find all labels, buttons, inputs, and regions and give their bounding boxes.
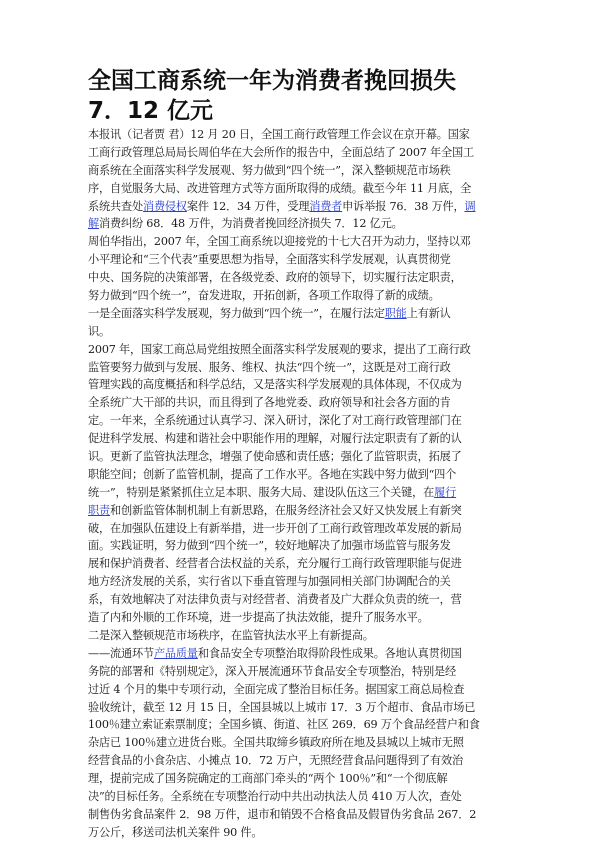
text-line: 理，提前完成了国务院确定的工商部门牵头的“两个 100％”和“一个彻底解: [88, 770, 518, 788]
text-span: 经营食品的小食杂店、小摊点 10．72 万户，无照经营食品问题得到了有效治: [88, 754, 463, 767]
text-span: 系，有效地解决了对法律负责与对经营者、消费者及广大群众负责的统一，营: [88, 593, 462, 606]
text-line: 二是深入整顿规范市场秩序，在监管执法水平上有新提高。: [88, 627, 518, 645]
text-span: 识。: [88, 325, 110, 338]
text-span: 识。更新了监管执法理念，增强了使命感和责任感；强化了监管职责，拓展了: [88, 450, 462, 463]
text-line: ——流通环节产品质量和食品安全专项整治取得阶段性成果。各地认真贯彻国: [88, 645, 518, 663]
article-title-line-1: 全国工商系统一年为消费者挽回损失: [88, 66, 518, 96]
text-line: 全系统广大干部的共识，而且得到了各地党委、政府领导和社会各方面的肯: [88, 394, 518, 412]
text-span: 面。实践证明，努力做到“四个统一”，较好地解决了加强市场监管与服务发: [88, 539, 451, 552]
text-line: 决”的目标任务。全系统在专项整治行动中共出动执法人员 410 万人次，查处: [88, 788, 518, 806]
text-span: 商系统在全面落实科学发展观、努力做到“四个统一”，深入整顿规范市场秩: [88, 164, 451, 177]
text-line: 监管要努力做到与发展、服务、维权、执法“四个统一”，这既是对工商行政: [88, 359, 518, 377]
text-line: 地方经济发展的关系，实行省以下垂直管理与加强同相关部门协调配合的关: [88, 573, 518, 591]
text-span: 案件 12．34 万件，受理: [187, 200, 309, 213]
text-line: 努力做到“四个统一”，奋发进取，开拓创新，各项工作取得了新的成绩。: [88, 287, 518, 305]
text-span: 制售伪劣食品案件 2．98 万件，退市和销毁不合格食品及假冒伪劣食品 267．2: [88, 808, 476, 821]
text-line: 展和保护消费者、经营者合法权益的关系，充分履行工商行政管理职能与促进: [88, 555, 518, 573]
text-line: 识。更新了监管执法理念，增强了使命感和责任感；强化了监管职责，拓展了: [88, 448, 518, 466]
text-line: 面。实践证明，努力做到“四个统一”，较好地解决了加强市场监管与服务发: [88, 537, 518, 555]
article-body: 本报讯（记者贾 君）12 月 20 日，全国工商行政管理工作会议在京开幕。国家工…: [88, 126, 518, 842]
text-line: 统一”，特别是紧紧抓住立足本职、服务大局、建设队伍这三个关键，在履行: [88, 484, 518, 502]
text-line: 系统共查处消费侵权案件 12．34 万件，受理消费者申诉举报 76．38 万件，…: [88, 198, 518, 216]
text-span: 二是深入整顿规范市场秩序，在监管执法水平上有新提高。: [88, 629, 374, 642]
text-span: 造了内和外顺的工作环境，进一步提高了执法效能，提升了服务水平。: [88, 611, 429, 624]
text-span: 杂店已 100％建立进货台账。全国共取缔乡镇政府所在地及县城以上城市无照: [88, 736, 464, 749]
keyword-link[interactable]: 履行: [434, 486, 456, 499]
keyword-link[interactable]: 消费侵权: [143, 200, 187, 213]
text-line: 经营食品的小食杂店、小摊点 10．72 万户，无照经营食品问题得到了有效治: [88, 752, 518, 770]
text-span: 周伯华指出，2007 年，全国工商系统以迎接党的十七大召开为动力，坚持以邓: [88, 235, 471, 248]
text-span: 100％建立索证索票制度；全国乡镇、街道、社区 269．69 万个食品经营户和食: [88, 718, 480, 731]
text-span: 小平理论和“三个代表”重要思想为指导，全面落实科学发展观，认真贯彻党: [88, 253, 451, 266]
text-line: 工商行政管理总局局长周伯华在大会所作的报告中，全面总结了 2007 年全国工: [88, 144, 518, 162]
keyword-link[interactable]: 解: [88, 217, 99, 230]
text-line: 职责和创新监管体制机制上有新思路，在服务经济社会又好又快发展上有新突: [88, 502, 518, 520]
text-span: 统一”，特别是紧紧抓住立足本职、服务大局、建设队伍这三个关键，在: [88, 486, 434, 499]
text-line: 序，自觉服务大局、改进管理方式等方面所取得的成绩。截至今年 11 月底，全: [88, 180, 518, 198]
text-line: 促进科学发展、构建和谐社会中职能作用的理解，对履行法定职责有了新的认: [88, 430, 518, 448]
text-span: 过近 4 个月的集中专项行动，全面完成了整治目标任务。据国家工商总局检查: [88, 683, 464, 696]
text-span: 理，提前完成了国务院确定的工商部门牵头的“两个 100％”和“一个彻底解: [88, 772, 447, 785]
text-line: 周伯华指出，2007 年，全国工商系统以迎接党的十七大召开为动力，坚持以邓: [88, 233, 518, 251]
text-span: 监管要努力做到与发展、服务、维权、执法“四个统一”，这既是对工商行政: [88, 361, 451, 374]
text-line: 系，有效地解决了对法律负责与对经营者、消费者及广大群众负责的统一，营: [88, 591, 518, 609]
keyword-link[interactable]: 产品质量: [154, 647, 198, 660]
text-line: 小平理论和“三个代表”重要思想为指导，全面落实科学发展观，认真贯彻党: [88, 251, 518, 269]
text-line: 万公斤，移送司法机关案件 90 件。: [88, 824, 518, 842]
text-line: 杂店已 100％建立进货台账。全国共取缔乡镇政府所在地及县城以上城市无照: [88, 734, 518, 752]
keyword-link[interactable]: 调: [464, 200, 475, 213]
text-span: 验收统计，截至 12 月 15 日，全国县城以上城市 17．3 万个超市、食品市…: [88, 701, 475, 714]
text-line: 职能空间；创新了监管机制，提高了工作水平。各地在实践中努力做到“四个: [88, 466, 518, 484]
text-line: 验收统计，截至 12 月 15 日，全国县城以上城市 17．3 万个超市、食品市…: [88, 699, 518, 717]
text-line: 过近 4 个月的集中专项行动，全面完成了整治目标任务。据国家工商总局检查: [88, 681, 518, 699]
keyword-link[interactable]: 消费者: [309, 200, 342, 213]
text-line: 识。: [88, 323, 518, 341]
keyword-link[interactable]: 职责: [88, 504, 110, 517]
text-span: 2007 年，国家工商总局党组按照全面落实科学发展观的要求，提出了工商行政: [88, 343, 471, 356]
text-line: 制售伪劣食品案件 2．98 万件，退市和销毁不合格食品及假冒伪劣食品 267．2: [88, 806, 518, 824]
text-span: 管理实践的高度概括和科学总结，又是落实科学发展观的具体体现，不仅成为: [88, 378, 462, 391]
text-span: 万公斤，移送司法机关案件 90 件。: [88, 826, 262, 839]
text-span: 一是全面落实科学发展观，努力做到“四个统一”，在履行法定: [88, 307, 385, 320]
text-span: ——流通环节: [88, 647, 154, 660]
text-span: 和食品安全专项整治取得阶段性成果。各地认真贯彻国: [198, 647, 462, 660]
text-span: 促进科学发展、构建和谐社会中职能作用的理解，对履行法定职责有了新的认: [88, 432, 462, 445]
text-line: 务院的部署和《特别规定》，深入开展流通环节食品安全专项整治，特别是经: [88, 663, 518, 681]
text-span: 工商行政管理总局局长周伯华在大会所作的报告中，全面总结了 2007 年全国工: [88, 146, 474, 159]
text-span: 本报讯（记者贾 君）12 月 20 日，全国工商行政管理工作会议在京开幕。国家: [88, 128, 470, 141]
text-line: 破，在加强队伍建设上有新举措，进一步开创了工商行政管理改革发展的新局: [88, 520, 518, 538]
text-line: 定。一年来，全系统通过认真学习、深入研讨，深化了对工商行政管理部门在: [88, 412, 518, 430]
text-span: 序，自觉服务大局、改进管理方式等方面所取得的成绩。截至今年 11 月底，全: [88, 182, 471, 195]
article-title: 全国工商系统一年为消费者挽回损失 7．12 亿元: [88, 66, 518, 126]
text-span: 系统共查处: [88, 200, 143, 213]
document-page: 全国工商系统一年为消费者挽回损失 7．12 亿元 本报讯（记者贾 君）12 月 …: [88, 66, 518, 842]
text-line: 一是全面落实科学发展观，努力做到“四个统一”，在履行法定职能上有新认: [88, 305, 518, 323]
text-span: 定。一年来，全系统通过认真学习、深入研讨，深化了对工商行政管理部门在: [88, 414, 462, 427]
text-line: 本报讯（记者贾 君）12 月 20 日，全国工商行政管理工作会议在京开幕。国家: [88, 126, 518, 144]
keyword-link[interactable]: 职能: [385, 307, 407, 320]
text-line: 商系统在全面落实科学发展观、努力做到“四个统一”，深入整顿规范市场秩: [88, 162, 518, 180]
text-line: 解消费纠纷 68．48 万件，为消费者挽回经济损失 7．12 亿元。: [88, 215, 518, 233]
text-span: 全系统广大干部的共识，而且得到了各地党委、政府领导和社会各方面的肯: [88, 396, 451, 409]
text-span: 和创新监管体制机制上有新思路，在服务经济社会又好又快发展上有新突: [110, 504, 462, 517]
text-span: 展和保护消费者、经营者合法权益的关系，充分履行工商行政管理职能与促进: [88, 557, 462, 570]
text-span: 地方经济发展的关系，实行省以下垂直管理与加强同相关部门协调配合的关: [88, 575, 451, 588]
text-line: 管理实践的高度概括和科学总结，又是落实科学发展观的具体体现，不仅成为: [88, 376, 518, 394]
text-line: 中央、国务院的决策部署，在各级党委、政府的领导下，切实履行法定职责，: [88, 269, 518, 287]
article-title-line-2: 7．12 亿元: [88, 96, 518, 126]
text-span: 申诉举报 76．38 万件，: [342, 200, 464, 213]
text-span: 破，在加强队伍建设上有新举措，进一步开创了工商行政管理改革发展的新局: [88, 522, 462, 535]
text-span: 职能空间；创新了监管机制，提高了工作水平。各地在实践中努力做到“四个: [88, 468, 456, 481]
text-span: 消费纠纷 68．48 万件，为消费者挽回经济损失 7．12 亿元。: [99, 217, 403, 230]
text-span: 努力做到“四个统一”，奋发进取，开拓创新，各项工作取得了新的成绩。: [88, 289, 440, 302]
text-span: 中央、国务院的决策部署，在各级党委、政府的领导下，切实履行法定职责，: [88, 271, 462, 284]
text-span: 务院的部署和《特别规定》，深入开展流通环节食品安全专项整治，特别是经: [88, 665, 456, 678]
text-span: 上有新认: [407, 307, 451, 320]
text-span: 决”的目标任务。全系统在专项整治行动中共出动执法人员 410 万人次，查处: [88, 790, 462, 803]
text-line: 100％建立索证索票制度；全国乡镇、街道、社区 269．69 万个食品经营户和食: [88, 716, 518, 734]
text-line: 2007 年，国家工商总局党组按照全面落实科学发展观的要求，提出了工商行政: [88, 341, 518, 359]
text-line: 造了内和外顺的工作环境，进一步提高了执法效能，提升了服务水平。: [88, 609, 518, 627]
